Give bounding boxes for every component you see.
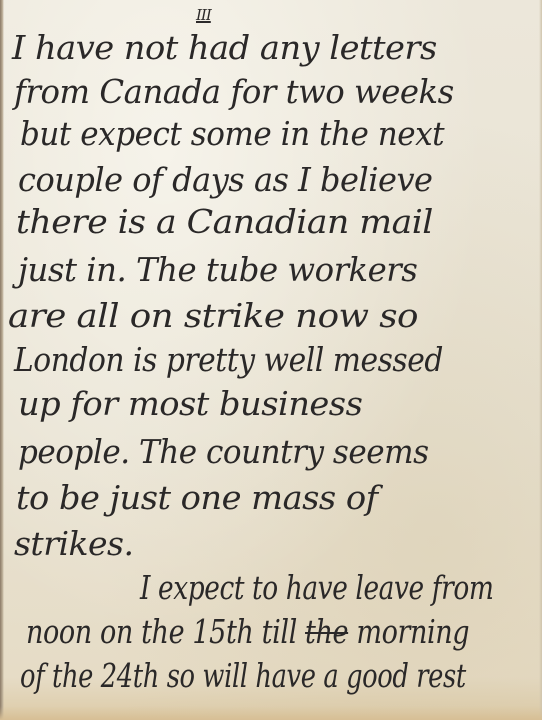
paper-left-edge — [0, 0, 4, 720]
letter-line-14-text: noon on the 15th till — [26, 612, 297, 651]
letter-line-2: from Canada for two weeks — [14, 72, 454, 111]
letter-page: III I have not had any letters from Cana… — [0, 0, 542, 720]
letter-line-13: I expect to have leave from — [140, 568, 493, 607]
page-number: III — [196, 6, 211, 24]
letter-line-4: couple of days as I believe — [18, 160, 433, 199]
letter-line-1: I have not had any letters — [12, 28, 437, 67]
struck-word: the — [305, 612, 348, 651]
letter-line-8: London is pretty well messed — [14, 340, 443, 379]
letter-line-12: strikes. — [14, 524, 133, 563]
letter-line-14-end: morning — [356, 612, 469, 651]
letter-line-7: are all on strike now so — [8, 296, 418, 335]
letter-line-10: people. The country seems — [18, 432, 429, 471]
letter-line-14: noon on the 15th till the morning — [26, 612, 469, 651]
paper-bottom-edge — [0, 706, 542, 720]
letter-line-11: to be just one mass of — [16, 478, 378, 517]
letter-line-5: there is a Canadian mail — [16, 202, 433, 241]
letter-line-15: of the 24th so will have a good rest — [20, 656, 466, 695]
letter-line-3: but expect some in the next — [20, 114, 444, 153]
letter-line-9: up for most business — [18, 384, 362, 423]
letter-line-6: just in. The tube workers — [18, 250, 417, 289]
